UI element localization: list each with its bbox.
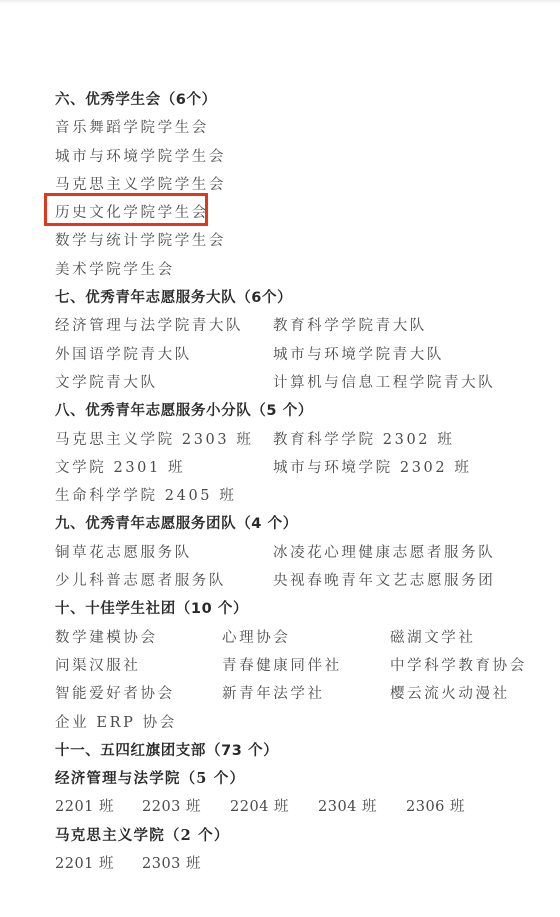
list-item: 城市与环境学院 2302 班 — [273, 454, 472, 482]
list-item: 央视春晚青年文艺志愿服务团 — [273, 567, 495, 595]
list-item: 少儿科普志愿者服务队 — [55, 567, 226, 595]
list-item: 生命科学学院 2405 班 — [55, 482, 236, 510]
list-item: 马克思主义学院学生会 — [55, 171, 545, 199]
section-heading-volunteer-teams: 九、优秀青年志愿服务团队（4 个） — [55, 510, 545, 538]
list-row: 外国语学院青大队 城市与环境学院青大队 — [55, 341, 545, 369]
list-item: 智能爱好者协会 — [55, 680, 175, 708]
list-row: 问渠汉服社 青春健康同伴社 中学科学教育协会 — [55, 652, 545, 680]
list-row: 马克思主义学院 2303 班 教育科学学院 2302 班 — [55, 426, 545, 454]
list-item: 冰凌花心理健康志愿者服务队 — [273, 539, 495, 567]
list-item: 铜草花志愿服务队 — [55, 539, 192, 567]
list-item: 数学建模协会 — [55, 624, 158, 652]
section-heading-top-ten-clubs: 十、十佳学生社团（10 个） — [55, 595, 545, 623]
list-item: 美术学院学生会 — [55, 256, 545, 284]
list-row: 少儿科普志愿者服务队 央视春晚青年文艺志愿服务团 — [55, 567, 545, 595]
list-item: 磁湖文学社 — [390, 624, 476, 652]
list-item: 城市与环境学院青大队 — [273, 341, 444, 369]
class-row: 2201 班 2203 班 2204 班 2304 班 2306 班 — [55, 793, 545, 821]
list-item: 问渠汉服社 — [55, 652, 141, 680]
list-item: 教育科学学院 2302 班 — [273, 426, 454, 454]
section-heading-volunteer-squads: 八、优秀青年志愿服务小分队（5 个） — [55, 397, 545, 425]
section-heading-excellent-student-unions: 六、优秀学生会（6个） — [55, 86, 545, 114]
list-row: 铜草花志愿服务队 冰凌花心理健康志愿者服务队 — [55, 539, 545, 567]
class-item: 2204 班 — [230, 793, 289, 821]
list-item: 青春健康同伴社 — [222, 652, 342, 680]
list-item: 教育科学学院青大队 — [273, 312, 427, 340]
top-edge-shadow — [0, 0, 560, 4]
list-item: 马克思主义学院 2303 班 — [55, 426, 254, 454]
list-row: 文学院 2301 班 城市与环境学院 2302 班 — [55, 454, 545, 482]
list-item: 文学院 2301 班 — [55, 454, 185, 482]
list-row: 经济管理与法学院青大队 教育科学学院青大队 — [55, 312, 545, 340]
class-item: 2304 班 — [318, 793, 377, 821]
group-title-marxism: 马克思主义学院（2 个） — [55, 822, 545, 850]
list-row: 生命科学学院 2405 班 — [55, 482, 545, 510]
list-item: 城市与环境学院学生会 — [55, 143, 545, 171]
list-item: 樱云流火动漫社 — [390, 680, 510, 708]
list-item: 中学科学教育协会 — [390, 652, 527, 680]
list-item: 计算机与信息工程学院青大队 — [273, 369, 495, 397]
list-item: 企业 ERP 协会 — [55, 709, 177, 737]
list-row: 企业 ERP 协会 — [55, 709, 545, 737]
class-row: 2201 班 2303 班 — [55, 850, 545, 878]
list-row: 文学院青大队 计算机与信息工程学院青大队 — [55, 369, 545, 397]
list-item: 外国语学院青大队 — [55, 341, 192, 369]
class-item: 2306 班 — [406, 793, 465, 821]
section-heading-volunteer-brigades: 七、优秀青年志愿服务大队（6个） — [55, 284, 545, 312]
list-item: 新青年法学社 — [222, 680, 325, 708]
list-item: 经济管理与法学院青大队 — [55, 312, 243, 340]
list-item: 心理协会 — [222, 624, 290, 652]
list-item-highlighted: 历史文化学院学生会 — [55, 199, 545, 227]
list-item: 文学院青大队 — [55, 369, 158, 397]
list-row: 数学建模协会 心理协会 磁湖文学社 — [55, 624, 545, 652]
document-page: 六、优秀学生会（6个） 音乐舞蹈学院学生会 城市与环境学院学生会 马克思主义学院… — [55, 86, 545, 878]
list-row: 智能爱好者协会 新青年法学社 樱云流火动漫社 — [55, 680, 545, 708]
group-title-economics-management-law: 经济管理与法学院（5 个） — [55, 765, 545, 793]
class-item: 2201 班 — [55, 850, 114, 878]
section-heading-may-fourth-red-flag-branches: 十一、五四红旗团支部（73 个） — [55, 737, 545, 765]
class-item: 2201 班 — [55, 793, 114, 821]
list-item: 数学与统计学院学生会 — [55, 227, 545, 255]
class-item: 2303 班 — [142, 850, 201, 878]
list-item: 音乐舞蹈学院学生会 — [55, 114, 545, 142]
class-item: 2203 班 — [142, 793, 201, 821]
